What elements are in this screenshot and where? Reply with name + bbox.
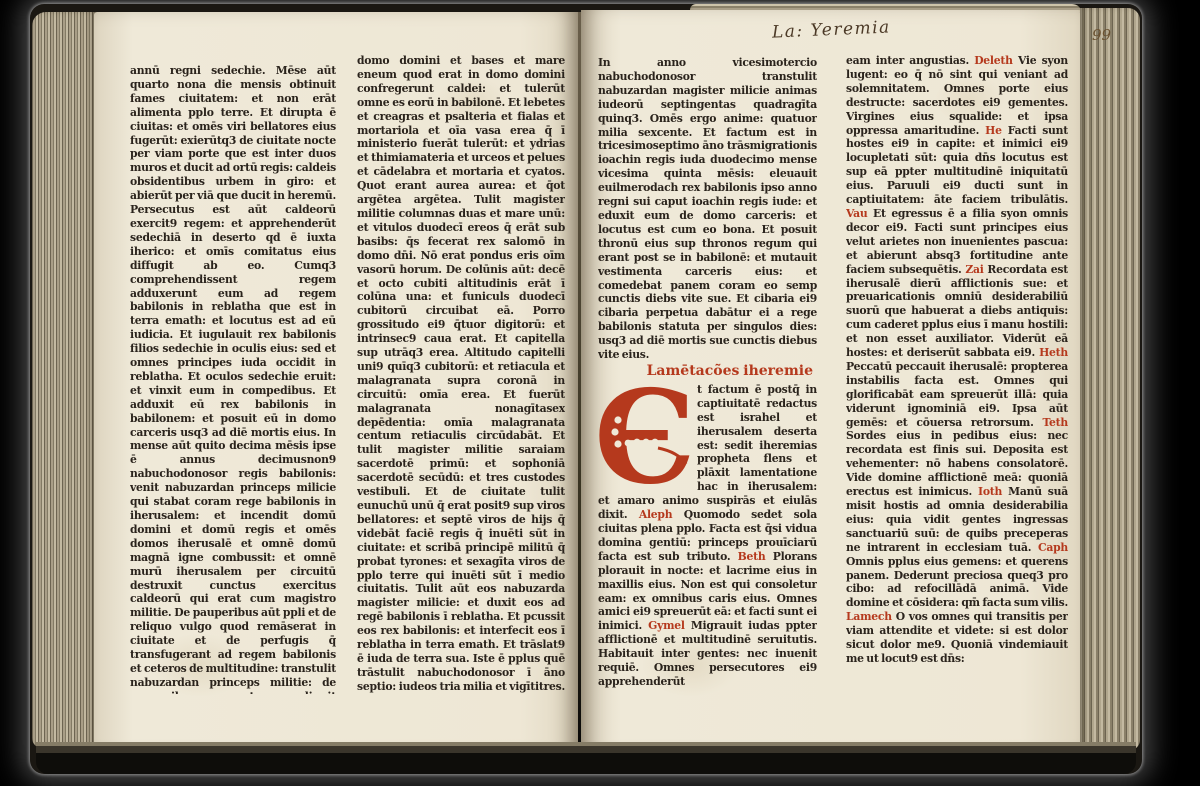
bottom-page-stack-edge bbox=[36, 742, 1136, 774]
right-page-column-1: In anno vicesimotercio nabuchodonosor tr… bbox=[598, 56, 817, 704]
svg-text:Є: Є bbox=[598, 386, 690, 492]
book-gutter bbox=[578, 12, 581, 744]
lamentations-rubric-heading: Lamētacões iheremie bbox=[598, 363, 817, 380]
open-gutenberg-bible: La: Yeremia 99 annū regni sedechie. Mēse… bbox=[30, 4, 1142, 774]
right-page-column-2: eam inter angustias. Deleth Vie syon lug… bbox=[846, 54, 1068, 666]
left-page-column-1: annū regni sedechie. Mēse aūt quarto non… bbox=[130, 64, 336, 694]
right-page-stack-edge bbox=[1080, 8, 1140, 750]
illuminated-initial-e-icon: Є bbox=[598, 386, 690, 492]
photo-background: La: Yeremia 99 annū regni sedechie. Mēse… bbox=[0, 0, 1200, 786]
end-of-jeremiah-text: In anno vicesimotercio nabuchodonosor tr… bbox=[598, 56, 817, 362]
left-page-column-2: domo domini et bases et mare eneum quod … bbox=[357, 54, 565, 694]
folio-number: 99 bbox=[1092, 26, 1111, 44]
lamentations-opening-text: Є t factum ē postq̄ in captiuitatē redac… bbox=[598, 383, 817, 689]
left-page-stack-edge bbox=[32, 12, 96, 748]
